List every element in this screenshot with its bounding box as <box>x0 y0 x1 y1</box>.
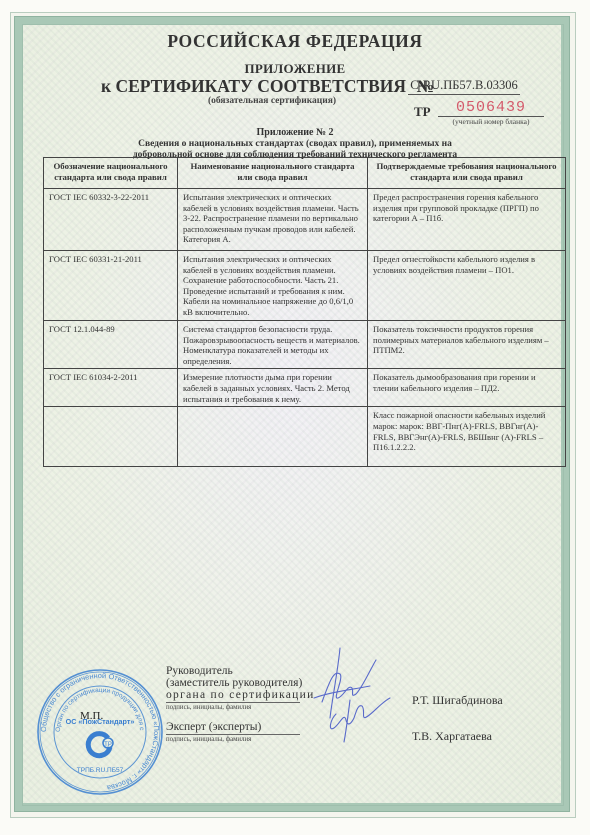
annex-title: Приложение № 2 <box>0 127 590 138</box>
certification-type: (обязательная сертификация) <box>192 96 352 106</box>
cell-requirements: Показатель дымообразования при горении и… <box>368 369 566 407</box>
stamp-reg-number: ТРПБ.RU.ПБ57 <box>77 767 124 774</box>
cell-name: Система стандартов безопасности труда. П… <box>178 321 368 369</box>
table-row: ГОСТ IEC 60332-3-22-2011 Испытания элект… <box>44 189 566 251</box>
table-header-row: Обозначение национального стандарта или … <box>44 158 566 189</box>
certificate-number: C-RU.ПБ57.В.03306 <box>408 78 520 95</box>
stamp-logo-icon: ТР <box>88 734 113 756</box>
expert-signature-line <box>166 734 300 735</box>
table-row: ГОСТ IEC 60331-21-2011 Испытания электри… <box>44 251 566 321</box>
table-row: ГОСТ 12.1.044-89 Система стандартов безо… <box>44 321 566 369</box>
head-label: Руководитель (заместитель руководителя) … <box>166 665 315 701</box>
certificate-heading: к СЕРТИФИКАТУ СООТВЕТСТВИЯ № <box>101 76 434 97</box>
blank-number: 0506439 <box>438 99 544 117</box>
head-name: Р.Т. Шигабдинова <box>412 693 503 708</box>
organization-stamp: Общество с ограниченной Ответственностью… <box>36 668 164 796</box>
cell-name: Испытания электрических и оптических каб… <box>178 251 368 321</box>
column-header-requirements: Подтверждаемые требования национального … <box>368 158 566 189</box>
cell-requirements: Показатель токсичности продуктов горения… <box>368 321 566 369</box>
cell-code: ГОСТ 12.1.044-89 <box>44 321 178 369</box>
footer-print-strip <box>30 806 296 811</box>
cell-requirements: Предел распространения горения кабельног… <box>368 189 566 251</box>
blank-number-caption: (учетный номер бланка) <box>438 117 544 126</box>
cell-code: ГОСТ IEC 60332-3-22-2011 <box>44 189 178 251</box>
column-header-code: Обозначение национального стандарта или … <box>44 158 178 189</box>
svg-text:ТР: ТР <box>104 742 112 748</box>
expert-signature-caption: подпись, инициалы, фамилия <box>166 736 251 743</box>
annex-label: ПРИЛОЖЕНИЕ <box>0 61 590 77</box>
head-signature-line <box>166 702 300 703</box>
head-label-line-3: органа по сертификации <box>166 689 315 701</box>
cell-requirements: Предел огнестойкости кабельного изделия … <box>368 251 566 321</box>
mp-label: М.П. <box>80 710 103 722</box>
cell-name: Измерение плотности дыма при горении каб… <box>178 369 368 407</box>
standards-table: Обозначение национального стандарта или … <box>43 157 566 467</box>
cell-requirements: Класс пожарной опасности кабельных издел… <box>368 407 566 467</box>
table-row: Класс пожарной опасности кабельных издел… <box>44 407 566 467</box>
head-label-line-2: (заместитель руководителя) <box>166 677 315 689</box>
column-header-name: Наименование национального стандарта или… <box>178 158 368 189</box>
country-title: РОССИЙСКАЯ ФЕДЕРАЦИЯ <box>0 31 590 52</box>
table-row: ГОСТ IEC 61034-2-2011 Измерение плотност… <box>44 369 566 407</box>
tp-label: ТР <box>414 104 431 120</box>
certificate-label: к СЕРТИФИКАТУ СООТВЕТСТВИЯ <box>101 76 406 96</box>
head-signature-caption: подпись, инициалы, фамилия <box>166 704 251 711</box>
cell-code: ГОСТ IEC 61034-2-2011 <box>44 369 178 407</box>
cell-code <box>44 407 178 467</box>
cell-name <box>178 407 368 467</box>
head-label-line-1: Руководитель <box>166 665 315 677</box>
expert-name: Т.В. Харгатаева <box>412 729 492 744</box>
expert-label: Эксперт (эксперты) <box>166 721 261 733</box>
cell-code: ГОСТ IEC 60331-21-2011 <box>44 251 178 321</box>
cell-name: Испытания электрических и оптических каб… <box>178 189 368 251</box>
handwritten-signatures <box>310 640 420 750</box>
